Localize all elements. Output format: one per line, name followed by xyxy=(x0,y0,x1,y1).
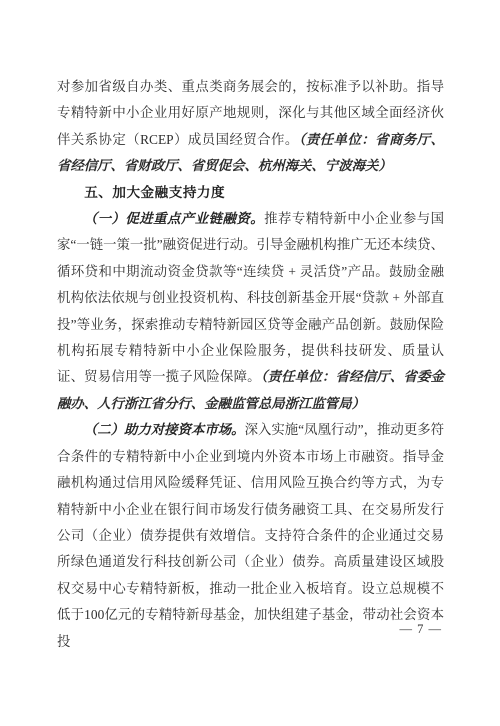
document-sheet: 对参加省级自办类、重点类商务展会的，按标准予以补助。指导专精特新中小企业用好原产… xyxy=(57,74,444,655)
section-heading-finance-support: 五、加大金融支持力度 xyxy=(57,180,444,206)
paragraph-one-body-text: 推荐专精特新中小企业参与国家“一链一策一批”融资促进行动。引导金融机构推广无还本… xyxy=(57,211,444,384)
paragraph-trade-continuation: 对参加省级自办类、重点类商务展会的，按标准予以补助。指导专精特新中小企业用好原产… xyxy=(57,74,444,180)
scanned-document-page: { "page": { "number_label": "— 7 —" }, "… xyxy=(0,0,500,726)
page-number: — 7 — xyxy=(400,620,443,638)
paragraph-capital-market: （二）助力对接资本市场。深入实施“凤凰行动”，推动更多符合条件的专精特新中小企业… xyxy=(57,417,444,655)
paragraph-two-body-text: 深入实施“凤凰行动”，推动更多符合条件的专精特新中小企业到境内外资本市场上市融资… xyxy=(57,422,444,648)
paragraph-two-lead-in: （二）助力对接资本市场。 xyxy=(84,422,245,437)
paragraph-one-lead-in: （一）促进重点产业链融资。 xyxy=(84,211,264,226)
paragraph-industry-chain-financing: （一）促进重点产业链融资。推荐专精特新中小企业参与国家“一链一策一批”融资促进行… xyxy=(57,206,444,417)
